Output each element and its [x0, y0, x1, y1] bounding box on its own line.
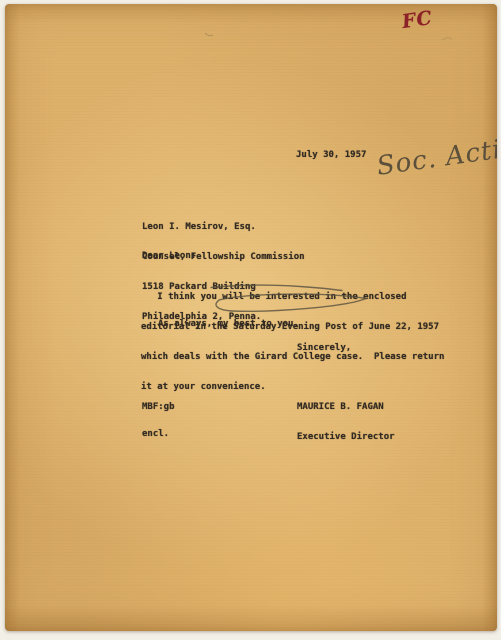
body-line: I think you will be interested in the en…: [141, 292, 444, 302]
signature-block: MAURICE B. FAGAN Executive Director: [297, 382, 395, 462]
body-line: which deals with the Girard College case…: [141, 352, 444, 362]
closing-phrase: As always, my best to you.: [158, 319, 299, 329]
signature-name: MAURICE B. FAGAN: [297, 402, 395, 412]
fc-handwritten-mark: FC: [400, 5, 434, 35]
signature-title: Executive Director: [297, 432, 395, 442]
letter-body: I think you will be interested in the en…: [141, 272, 444, 412]
body-line: it at your convenience.: [141, 382, 444, 392]
typist-initials: MBF:gb: [142, 402, 175, 412]
valediction: Sincerely,: [297, 343, 351, 353]
salutation: Dear Leon:: [142, 251, 196, 261]
letter-page: July 30, 1957 Leon I. Mesirov, Esq. Coun…: [5, 4, 497, 631]
filing-note-handwriting: Soc. Action: [375, 124, 497, 182]
enclosure-note: encl.: [142, 429, 169, 439]
scanned-letter-screenshot: July 30, 1957 Leon I. Mesirov, Esq. Coun…: [0, 0, 501, 640]
recipient-name: Leon I. Mesirov, Esq.: [142, 222, 305, 232]
date-line: July 30, 1957: [296, 150, 366, 160]
